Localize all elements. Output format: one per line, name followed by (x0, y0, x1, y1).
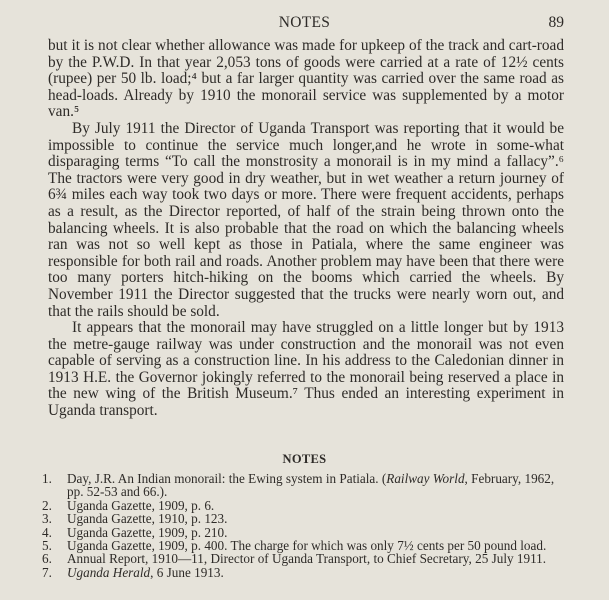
notes-heading: NOTES (0, 452, 609, 467)
note-number: 7. (42, 566, 52, 579)
note-item: 5.Uganda Gazette, 1909, p. 400. The char… (42, 539, 564, 552)
note-text: Uganda Herald, 6 June 1913. (67, 565, 224, 580)
paragraph-1: but it is not clear whether allowance wa… (48, 38, 564, 121)
running-head: NOTES 89 (0, 14, 609, 34)
note-number: 5. (42, 539, 52, 552)
note-item: 6.Annual Report, 1910—11, Director of Ug… (42, 552, 564, 565)
paragraph-2: By July 1911 the Director of Uganda Tran… (48, 121, 564, 320)
page-number: 89 (549, 14, 565, 32)
paragraph-3: It appears that the monorail may have st… (48, 320, 564, 420)
body-text: but it is not clear whether allowance wa… (48, 38, 564, 420)
note-text: Day, J.R. An Indian monorail: the Ewing … (67, 471, 554, 499)
note-number: 4. (42, 526, 52, 539)
note-item: 7.Uganda Herald, 6 June 1913. (42, 566, 564, 579)
note-number: 1. (42, 472, 52, 485)
note-number: 6. (42, 552, 52, 565)
note-text-italic: Railway World (386, 471, 464, 486)
running-title: NOTES (0, 14, 609, 32)
note-item: 2.Uganda Gazette, 1909, p. 6. (42, 499, 564, 512)
note-item: 3.Uganda Gazette, 1910, p. 123. (42, 512, 564, 525)
note-text-post: , 6 June 1913. (150, 565, 224, 580)
note-number: 2. (42, 499, 52, 512)
note-item: 1.Day, J.R. An Indian monorail: the Ewin… (42, 472, 564, 499)
note-text-italic: Uganda Herald (67, 565, 150, 580)
book-page: NOTES 89 but it is not clear whether all… (0, 0, 609, 600)
note-item: 4.Uganda Gazette, 1909, p. 210. (42, 526, 564, 539)
note-number: 3. (42, 512, 52, 525)
notes-list: 1.Day, J.R. An Indian monorail: the Ewin… (42, 472, 564, 579)
